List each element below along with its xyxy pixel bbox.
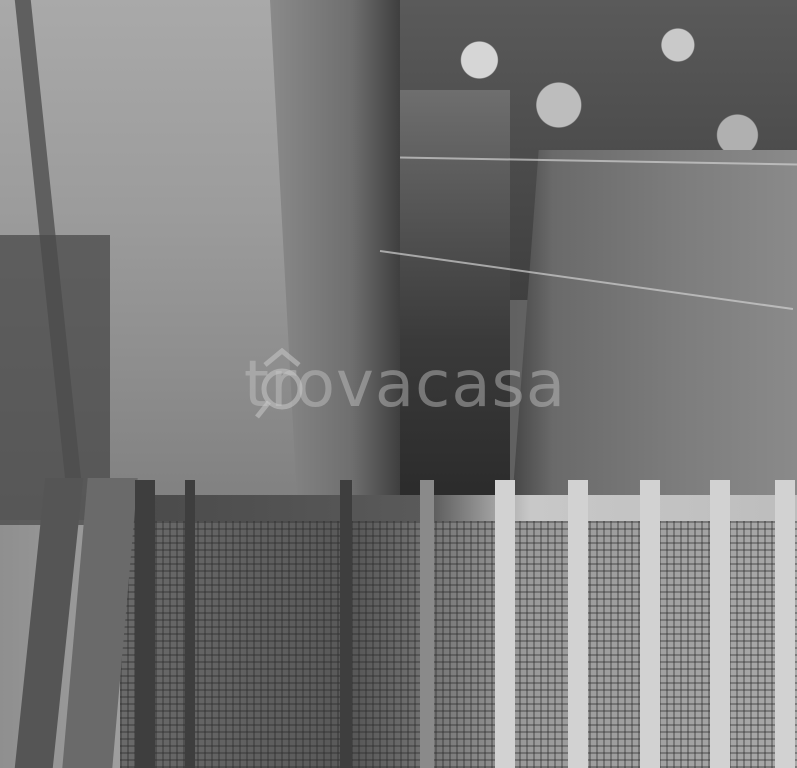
fence-post [568,480,588,768]
right-stone-wall [510,150,797,530]
house-magnifier-icon [247,343,317,423]
fence-post [420,480,434,768]
fence-post [495,480,515,768]
narrow-passage [400,90,510,510]
watermark: trovacasa [205,345,605,425]
fence-post [340,480,352,768]
fence-post [775,480,795,768]
fence-post [185,480,195,768]
fence-post [640,480,660,768]
fence-rail [130,495,797,521]
wire-mesh-fence [120,500,797,768]
fence-post [710,480,730,768]
property-photo: trovacasa [0,0,797,768]
fence-post [135,480,155,768]
